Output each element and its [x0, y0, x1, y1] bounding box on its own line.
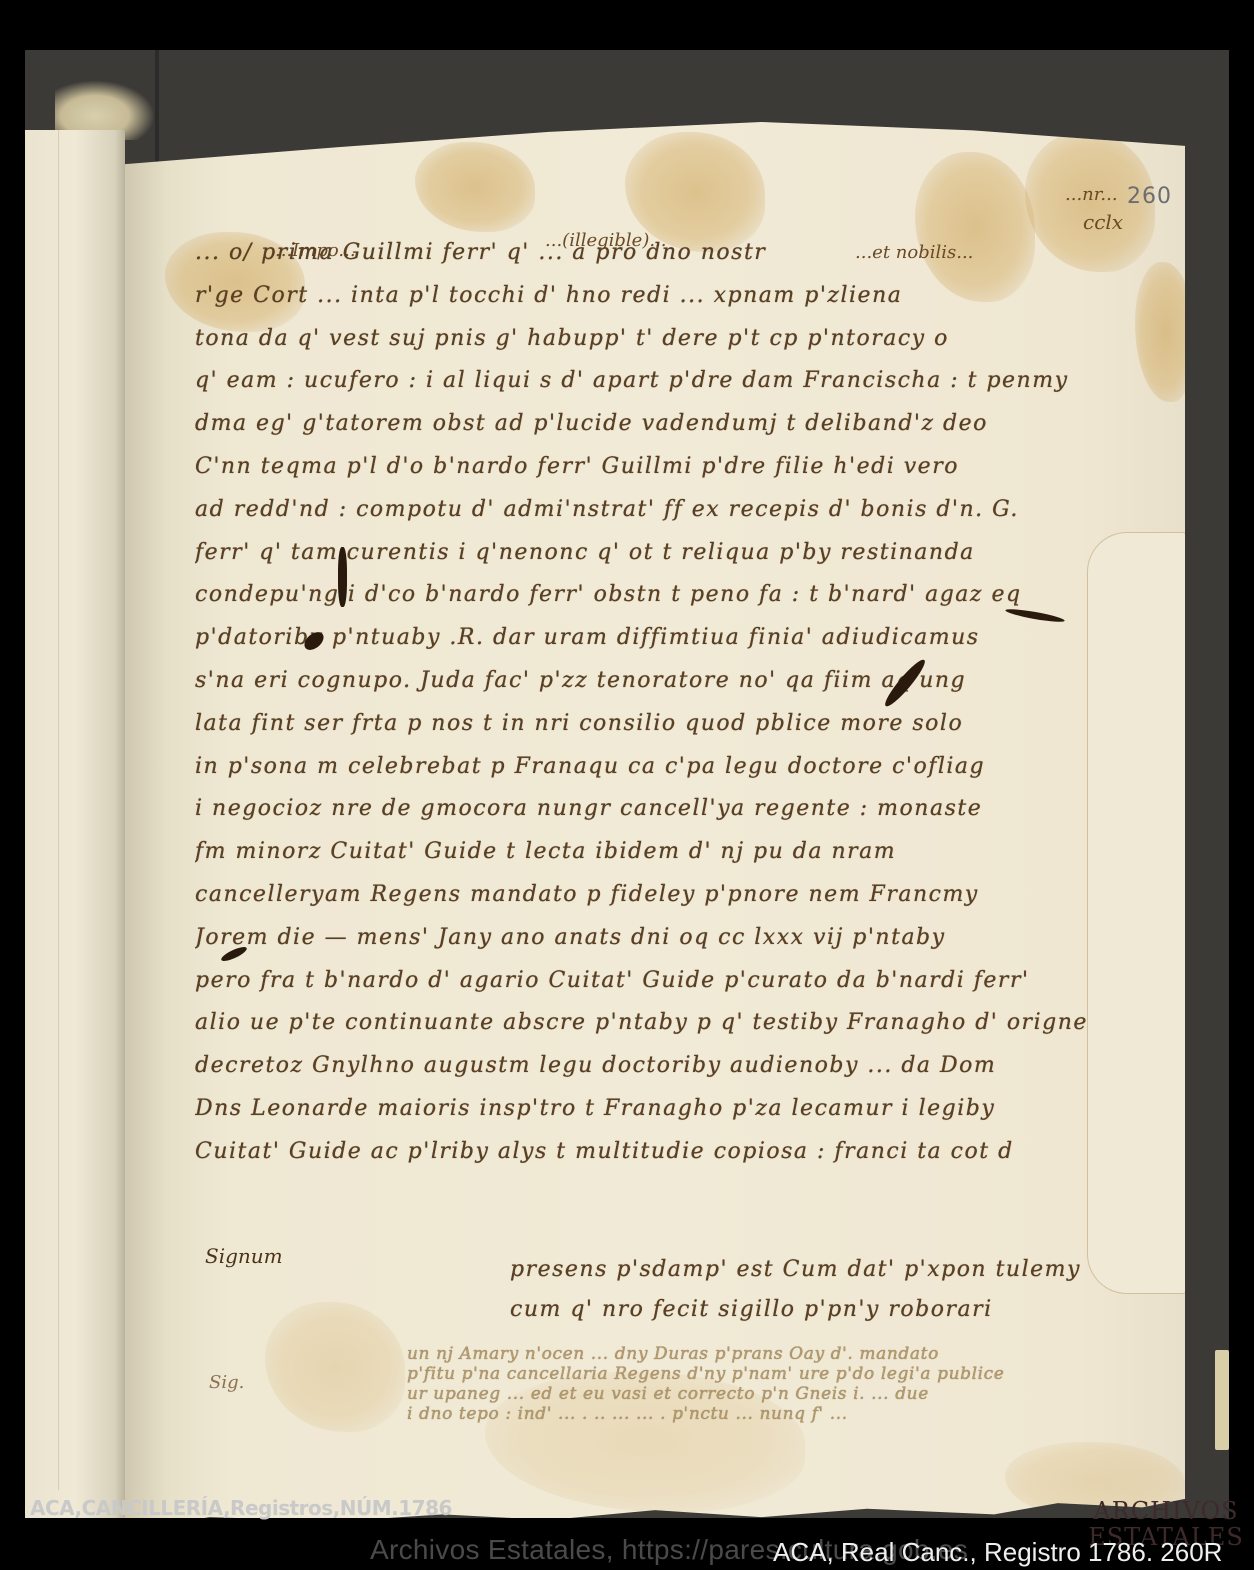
top-fragment-text: ...nr...: [1065, 184, 1118, 205]
text-line: alio ue p'te continuante abscre p'ntaby …: [195, 1002, 1155, 1045]
text-line: i negocioz nre de gmocora nungr cancell'…: [195, 788, 1155, 831]
note-line: un nj Amary n'ocen ... dny Duras p'prans…: [407, 1344, 1147, 1364]
water-stain: [415, 142, 535, 232]
text-line: q' eam : ucufero : i al liqui s d' apart…: [195, 360, 1155, 403]
text-line: Cuitat' Guide ac p'lriby alys t multitud…: [195, 1131, 1155, 1174]
ink-blot: [338, 547, 347, 607]
water-stain: [265, 1302, 405, 1432]
note-line: p'fitu p'na cancellaria Regens d'ny p'na…: [407, 1364, 1147, 1384]
text-line: decretoz Gnylhno augustm legu doctoriby …: [195, 1045, 1155, 1088]
text-line: Jorem die — mens' Jany ano anats dni oq …: [195, 917, 1155, 960]
watermark-line: ARCHIVOS: [1078, 1498, 1254, 1524]
folio-number-pencil: 260: [1127, 184, 1172, 209]
manuscript-photograph: ...Impo... ...(illegible)... ...et nobil…: [25, 50, 1229, 1518]
closing-line: presens p'sdamp' est Cum dat' p'xpon tul…: [510, 1250, 1081, 1290]
closing-formula: presens p'sdamp' est Cum dat' p'xpon tul…: [510, 1250, 1081, 1330]
text-line: p'datoriby p'ntuaby .R. dar uram diffimt…: [195, 617, 1155, 660]
text-line: pero fra t b'nardo d' agario Cuitat' Gui…: [195, 960, 1155, 1003]
text-line: Dns Leonarde maioris insp'tro t Franagho…: [195, 1088, 1155, 1131]
bottom-signature: Ar'g ... ...: [863, 1512, 956, 1518]
text-line: s'na eri cognupo. Juda fac' p'zz tenorat…: [195, 660, 1155, 703]
signum-mark: Signum: [205, 1244, 283, 1268]
text-line: ... o/ prima Guillmi ferr' q' ... a pro …: [195, 232, 1155, 275]
image-reference-caption: ACA, Real Canc., Registro 1786. 260R: [773, 1537, 1222, 1568]
previous-folio-edge: [25, 130, 125, 1518]
folio-page: ...Impo... ...(illegible)... ...et nobil…: [125, 122, 1185, 1518]
notary-note: un nj Amary n'ocen ... dny Duras p'prans…: [407, 1344, 1147, 1424]
next-folio-edge: [1215, 1350, 1229, 1450]
text-line: r'ge Cort ... inta p'l tocchi d' hno red…: [195, 275, 1155, 318]
text-line: cancelleryam Regens mandato p fideley p'…: [195, 874, 1155, 917]
text-line: tona da q' vest suj pnis g' habupp' t' d…: [195, 318, 1155, 361]
text-line: fm minorz Cuitat' Guide t lecta ibidem d…: [195, 831, 1155, 874]
text-line: in p'sona m celebrebat p Franaqu ca c'pa…: [195, 746, 1155, 789]
note-line: ur upaneg ... ed et eu vasi et correcto …: [407, 1384, 1147, 1404]
signature-mark: Sig.: [209, 1372, 244, 1393]
note-line: i dno tepo : ind' ... . .. ... ... . p'n…: [407, 1404, 1147, 1424]
manuscript-text-body: ... o/ prima Guillmi ferr' q' ... a pro …: [195, 232, 1155, 1174]
closing-line: cum q' nro fecit sigillo p'pn'y roborari: [510, 1290, 1081, 1330]
text-line: C'nn teqma p'l d'o b'nardo ferr' Guillmi…: [195, 446, 1155, 489]
fold-line: [58, 130, 59, 1490]
text-line: dma eg' g'tatorem obst ad p'lucide vaden…: [195, 403, 1155, 446]
text-line: lata fint ser frta p nos t in nri consil…: [195, 703, 1155, 746]
text-line: ad redd'nd : compotu d' admi'nstrat' ff …: [195, 489, 1155, 532]
folio-number-roman: cclx: [1083, 210, 1123, 234]
collection-reference-caption: ACA,CANCILLERÍA,Registros,NÚM.1786: [30, 1496, 452, 1520]
